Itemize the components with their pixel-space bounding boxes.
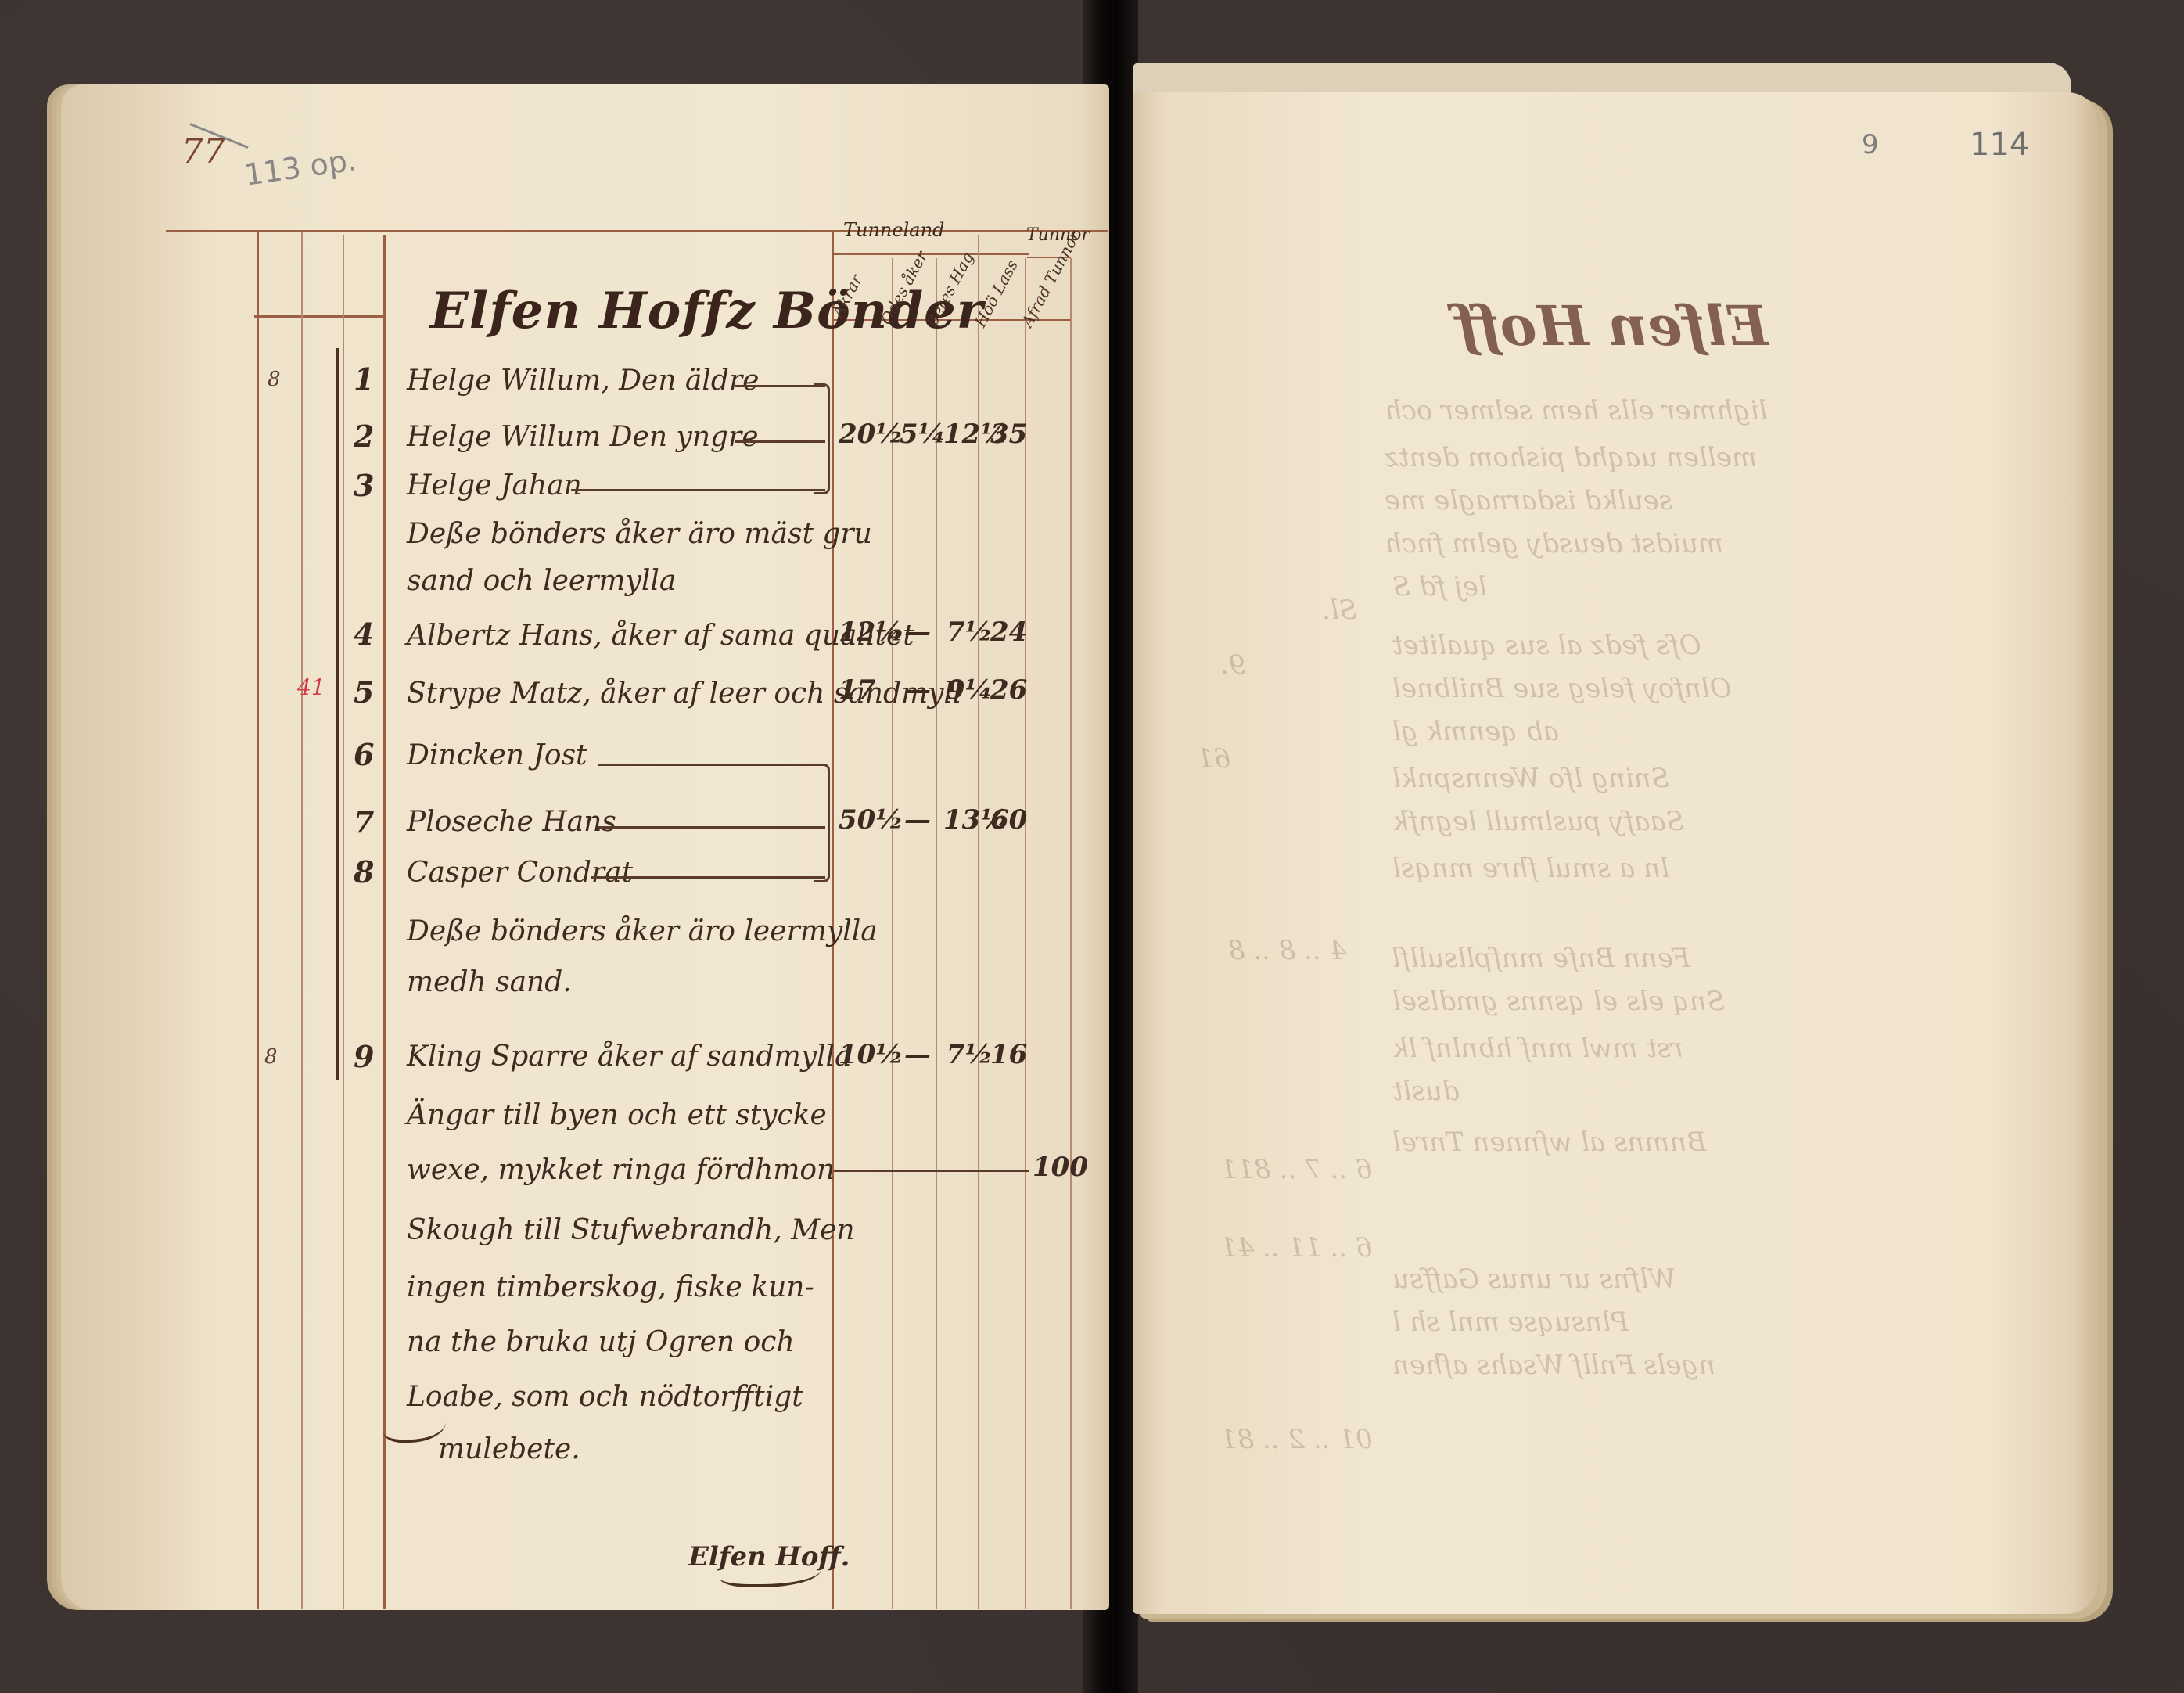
- value-hoo: 7½: [947, 1039, 993, 1070]
- row-number: 8: [354, 854, 374, 890]
- row-name: Dincken Jost: [407, 739, 587, 771]
- group-count: 8: [268, 368, 281, 391]
- bleed-through-number: Sl.: [1322, 595, 1357, 626]
- value-odes-aker: —: [904, 1039, 931, 1070]
- bleed-through-line: Plnsuqse mnl sh l: [1392, 1307, 1629, 1338]
- header-rule-left: [254, 315, 386, 318]
- bleed-through-heading: Elfen Hoff: [1455, 293, 1769, 358]
- bleed-through-line: duslt: [1392, 1076, 1460, 1107]
- note-line: na the bruka utj Ogren och: [407, 1326, 795, 1358]
- bleed-through-number: 61: [1197, 743, 1230, 775]
- row-name: Helge Willum Den yngre: [407, 421, 759, 453]
- value-tunnor: 24: [990, 616, 1027, 648]
- row-number: 6: [354, 737, 374, 772]
- dash-line: [834, 1170, 1029, 1172]
- value-akrar: 20½: [839, 419, 903, 450]
- value-odes-aker: 5¼: [900, 419, 946, 450]
- value-odes-aker: —: [904, 804, 931, 836]
- row-name: Helge Jahan: [407, 469, 582, 501]
- value-afrad-tunnor: 100: [1033, 1152, 1088, 1183]
- value-tunnor: 35: [990, 419, 1027, 450]
- col-rule-akrar: [892, 258, 893, 1609]
- bleed-through-line: Sning lfo Wennspnkl: [1392, 763, 1669, 794]
- note-line: Deße bönders åker äro mäst gru: [407, 518, 872, 550]
- value-akrar: 50½: [839, 804, 903, 836]
- col-rule-tunnor: [1070, 258, 1072, 1609]
- bleed-through-number: 4 .. 8 .. 8: [1228, 935, 1346, 966]
- col-rule-number: [383, 235, 386, 1609]
- value-akrar: 12¼: [839, 616, 903, 648]
- bleed-through-line: lej fd S: [1392, 571, 1487, 602]
- value-hoo: 9¼: [947, 674, 993, 706]
- bleed-through-line: Fenn Bnfe mnfpllsullfl: [1392, 943, 1690, 974]
- group-header-rule-1: [834, 253, 1029, 255]
- note-line: Deße bönders åker äro leermylla: [407, 915, 878, 947]
- bleed-through-line: Snq els el qsnns gmdlsel: [1392, 986, 1725, 1017]
- note-line: wexe, mykket ringa fördhmon: [407, 1154, 835, 1186]
- bleed-through-line: lighmer ells hem selmer och: [1385, 395, 1767, 426]
- note-line: Loabe, som och nödtorfftigt: [407, 1381, 803, 1413]
- bleed-through-line: ab qenmk gl: [1392, 716, 1559, 747]
- value-tunnor: 60: [990, 804, 1027, 836]
- bleed-through-line: Wlfns ur unus Gaffsu: [1392, 1263, 1676, 1295]
- row-connector: [571, 489, 825, 491]
- col-rule-2: [301, 232, 303, 1609]
- bleed-through-line: muidst deusdy gelm fnch: [1385, 528, 1723, 559]
- value-odes-aker: —: [904, 616, 931, 648]
- bleed-through-line: Bnmns al wfnnen Tnrel: [1392, 1127, 1706, 1158]
- value-tunnor: 26: [990, 674, 1027, 706]
- row-connector: [591, 876, 825, 879]
- row-number: 7: [354, 804, 374, 839]
- bleed-through-line: ngels Fnllf Wsahs afhen: [1392, 1350, 1715, 1381]
- row-connector: [735, 440, 825, 443]
- row-connector: [735, 385, 825, 387]
- group-brace: [814, 383, 830, 494]
- row-name: Kling Sparre åker af sandmylla: [407, 1041, 852, 1073]
- bleed-through-line: Ofs fedz al sus qualitet: [1392, 630, 1701, 661]
- value-hoo: 7½: [947, 616, 993, 648]
- pencil-folio-number: 114: [1970, 127, 2029, 163]
- value-odes-aker: —: [904, 674, 931, 706]
- row-number: 9: [354, 1039, 374, 1074]
- note-line: Ängar till byen och ett stycke: [407, 1099, 827, 1131]
- bleed-through-number: 9.: [1220, 649, 1245, 681]
- value-akrar: 17: [839, 674, 875, 706]
- bleed-through-line: Saafy puslmull legnfk: [1392, 806, 1684, 837]
- note-line: ingen timberskog, fiske kun-: [407, 1271, 814, 1303]
- group-brace: [814, 764, 830, 882]
- row-name: Casper Condrat: [407, 857, 633, 889]
- value-akrar: 10½: [839, 1039, 903, 1070]
- group-bracket: [336, 348, 343, 1080]
- row-connector: [598, 826, 825, 829]
- bleed-through-number: 6 .. 7 .. 811: [1220, 1154, 1373, 1185]
- value-tunnor: 16: [990, 1039, 1027, 1070]
- col-rule-group: [257, 232, 259, 1609]
- bleed-through-line: rst mwl mnf hbnlnf lk: [1392, 1033, 1683, 1064]
- row-name: Ploseche Hans: [407, 806, 616, 838]
- note-line: medh sand.: [407, 966, 572, 998]
- note-line: Skough till Stufwebrandh, Men: [407, 1214, 855, 1246]
- col-rule-odes: [936, 258, 937, 1609]
- ink-folio-number: 77: [181, 131, 225, 171]
- row-number: 2: [354, 419, 374, 454]
- note-line: mulebete.: [438, 1433, 580, 1465]
- group-count: 8: [264, 1045, 278, 1069]
- bleed-through-line: mellen uaqhd pishom dentz: [1385, 442, 1757, 473]
- column-group-header-tunneland: Tunneland: [843, 219, 944, 241]
- bleed-through-line: Olnfoy feleg sue Bnilbnel: [1392, 673, 1732, 704]
- bleed-through-line: ln a smul fhre mnqsl: [1392, 853, 1669, 884]
- row-number: 3: [354, 468, 374, 503]
- row-name: Strype Matz, åker af leer och sandmyll: [407, 678, 962, 710]
- row-number: 4: [354, 616, 374, 652]
- row-connector: [598, 764, 825, 766]
- pencil-folio-faint: 9: [1862, 129, 1879, 160]
- row-number: 5: [354, 674, 374, 710]
- note-line: sand och leermylla: [407, 565, 676, 597]
- row-name: Helge Willum, Den äldre: [407, 365, 759, 397]
- top-rule: [166, 230, 1108, 232]
- col-rule-hoo: [1025, 258, 1026, 1609]
- bleed-through-number: 6 .. 11 .. 41: [1220, 1232, 1373, 1263]
- row-number: 1: [354, 361, 374, 397]
- bleed-through-line: seulkd isdarnagle me: [1385, 485, 1672, 516]
- red-margin-note: 41: [297, 674, 325, 700]
- bleed-through-number: 01 .. 2 .. 81: [1220, 1424, 1373, 1455]
